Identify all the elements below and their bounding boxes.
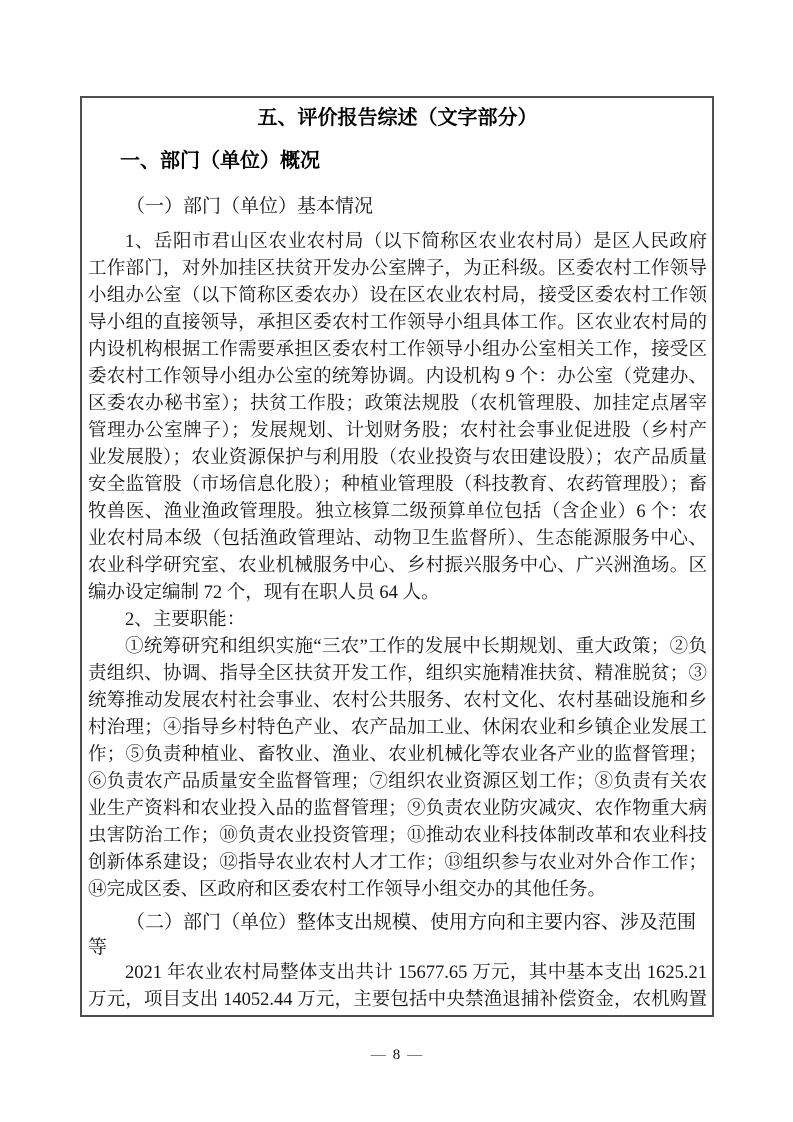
section-heading-basic-info: （一）部门（单位）基本情况 (88, 194, 707, 219)
paragraph-basic-info: 1、岳阳市君山区农业农村局（以下简称区农业农村局）是区人民政府工作部门，对外加挂… (88, 229, 707, 607)
report-title: 五、评价报告综述（文字部分） (88, 105, 707, 131)
paragraph-expenditure: 2021 年农业农村局整体支出共计 15677.65 万元，其中基本支出 162… (88, 960, 707, 1017)
footer-left-dash: — (371, 1047, 386, 1063)
page-border-frame: 五、评价报告综述（文字部分） 一、部门（单位）概况 （一）部门（单位）基本情况 … (80, 96, 714, 1017)
paragraph-main-functions-list: ①统筹研究和组织实施“三农”工作的发展中长期规划、重大政策；②负责组织、协调、指… (88, 634, 707, 904)
document-page: 五、评价报告综述（文字部分） 一、部门（单位）概况 （一）部门（单位）基本情况 … (0, 0, 793, 1122)
section-heading-expenditure: （二）部门（单位）整体支出规模、使用方向和主要内容、涉及范围等 (88, 910, 707, 960)
footer-right-dash: — (407, 1047, 422, 1063)
footer-page-number: 8 (393, 1046, 401, 1064)
page-footer: —8— (0, 1046, 793, 1064)
paragraph-main-functions-label: 2、主要职能： (88, 607, 707, 634)
chapter-heading-overview: 一、部门（单位）概况 (120, 149, 707, 174)
